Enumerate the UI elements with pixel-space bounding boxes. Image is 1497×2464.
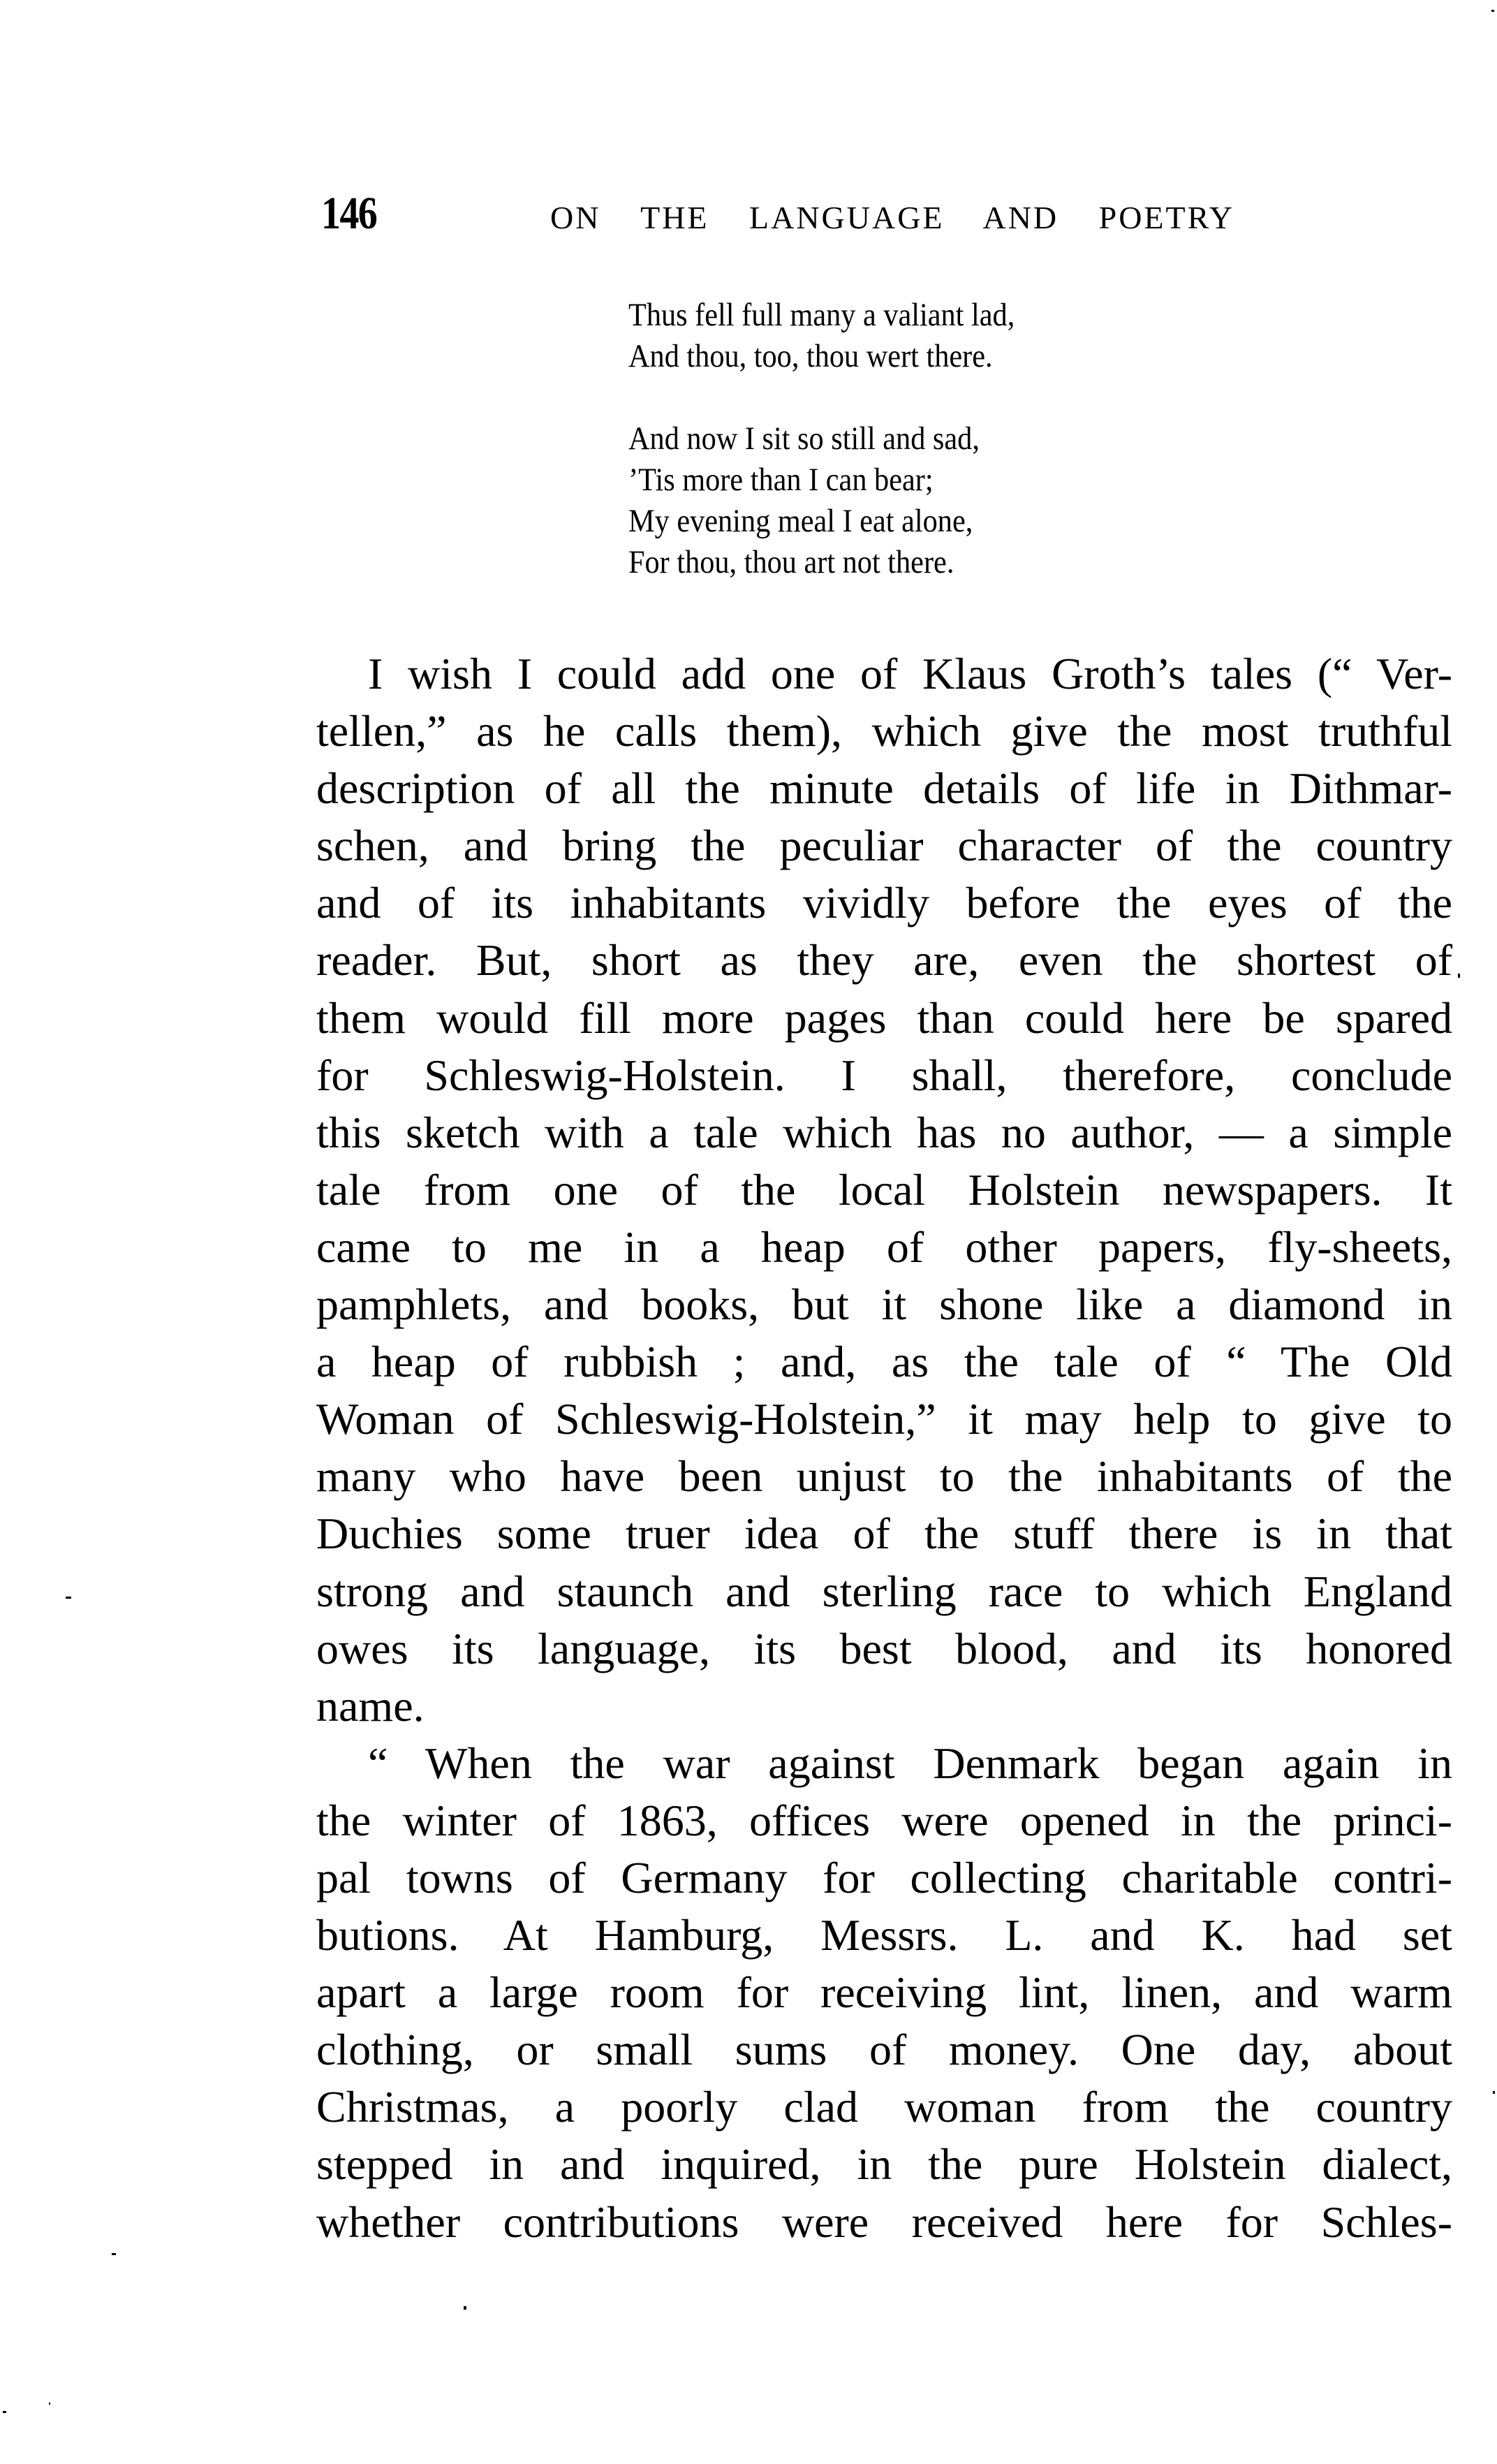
text-line: name. <box>316 1678 1452 1735</box>
verse-line: My evening meal I eat alone, <box>628 501 1015 542</box>
scan-speck <box>1491 10 1494 12</box>
text-line: a heap of rubbish ; and, as the tale of … <box>316 1333 1452 1391</box>
text-line: “ When the war against Denmark began aga… <box>316 1735 1452 1792</box>
text-line: pal towns of Germany for collecting char… <box>316 1849 1452 1907</box>
scan-speck <box>3 2411 6 2413</box>
text-line: whether contributions were received here… <box>316 2194 1452 2251</box>
paragraph: “ When the war against Denmark began aga… <box>316 1735 1452 2251</box>
verse-line: And now I sit so still and sad, <box>628 418 1015 460</box>
scan-speck <box>464 2306 466 2310</box>
text-line: butions. At Hamburg, Messrs. L. and K. h… <box>316 1907 1452 1964</box>
text-line: tale from one of the local Holstein news… <box>316 1161 1452 1219</box>
text-line: for Schleswig-Holstein. I shall, therefo… <box>316 1047 1452 1104</box>
paragraph: I wish I could add one of Klaus Groth’s … <box>316 645 1452 1735</box>
text-line: tellen,” as he calls them), which give t… <box>316 703 1452 760</box>
text-line: the winter of 1863, offices were opened … <box>316 1792 1452 1849</box>
poem-stanza: Thus fell full many a valiant lad, And t… <box>628 295 1058 377</box>
poem-stanza: And now I sit so still and sad, ’Tis mor… <box>628 418 1058 583</box>
text-line: Christmas, a poorly clad woman from the … <box>316 2078 1452 2136</box>
text-line: reader. But, short as they are, even the… <box>316 932 1452 989</box>
text-line: clothing, or small sums of money. One da… <box>316 2021 1452 2078</box>
text-line: and of its inhabitants vividly before th… <box>316 874 1452 932</box>
text-line: them would fill more pages than could he… <box>316 990 1452 1047</box>
running-title: ON THE LANGUAGE AND POETRY <box>550 197 1234 239</box>
poem: Thus fell full many a valiant lad, And t… <box>628 295 1058 583</box>
scan-speck <box>1458 974 1460 978</box>
scan-speck <box>49 2403 50 2405</box>
text-line: Duchies some truer idea of the stuff the… <box>316 1505 1452 1562</box>
scan-speck <box>66 1597 71 1599</box>
book-page: 146 ON THE LANGUAGE AND POETRY Thus fell… <box>0 0 1497 2464</box>
text-line: apart a large room for receiving lint, l… <box>316 1964 1452 2021</box>
text-line: strong and staunch and sterling race to … <box>316 1563 1452 1620</box>
text-line: many who have been unjust to the inhabit… <box>316 1448 1452 1505</box>
text-line: pamphlets, and books, but it shone like … <box>316 1276 1452 1333</box>
text-line: Woman of Schleswig-Holstein,” it may hel… <box>316 1391 1452 1448</box>
body-text: I wish I could add one of Klaus Groth’s … <box>316 645 1452 2251</box>
scan-speck <box>1493 2091 1495 2094</box>
text-line: owes its language, its best blood, and i… <box>316 1620 1452 1678</box>
verse-line: ’Tis more than I can bear; <box>628 460 1015 501</box>
verse-line: And thou, too, thou wert there. <box>628 336 1015 377</box>
verse-line: Thus fell full many a valiant lad, <box>628 295 1015 336</box>
scan-speck <box>112 2253 116 2255</box>
text-line: came to me in a heap of other papers, fl… <box>316 1219 1452 1276</box>
page-number: 146 <box>321 186 376 242</box>
text-line: stepped in and inquired, in the pure Hol… <box>316 2136 1452 2193</box>
verse-line: For thou, thou art not there. <box>628 542 1015 583</box>
text-line: schen, and bring the peculiar character … <box>316 817 1452 874</box>
text-line: description of all the minute details of… <box>316 760 1452 817</box>
text-line: this sketch with a tale which has no aut… <box>316 1104 1452 1161</box>
text-line: I wish I could add one of Klaus Groth’s … <box>316 645 1452 703</box>
